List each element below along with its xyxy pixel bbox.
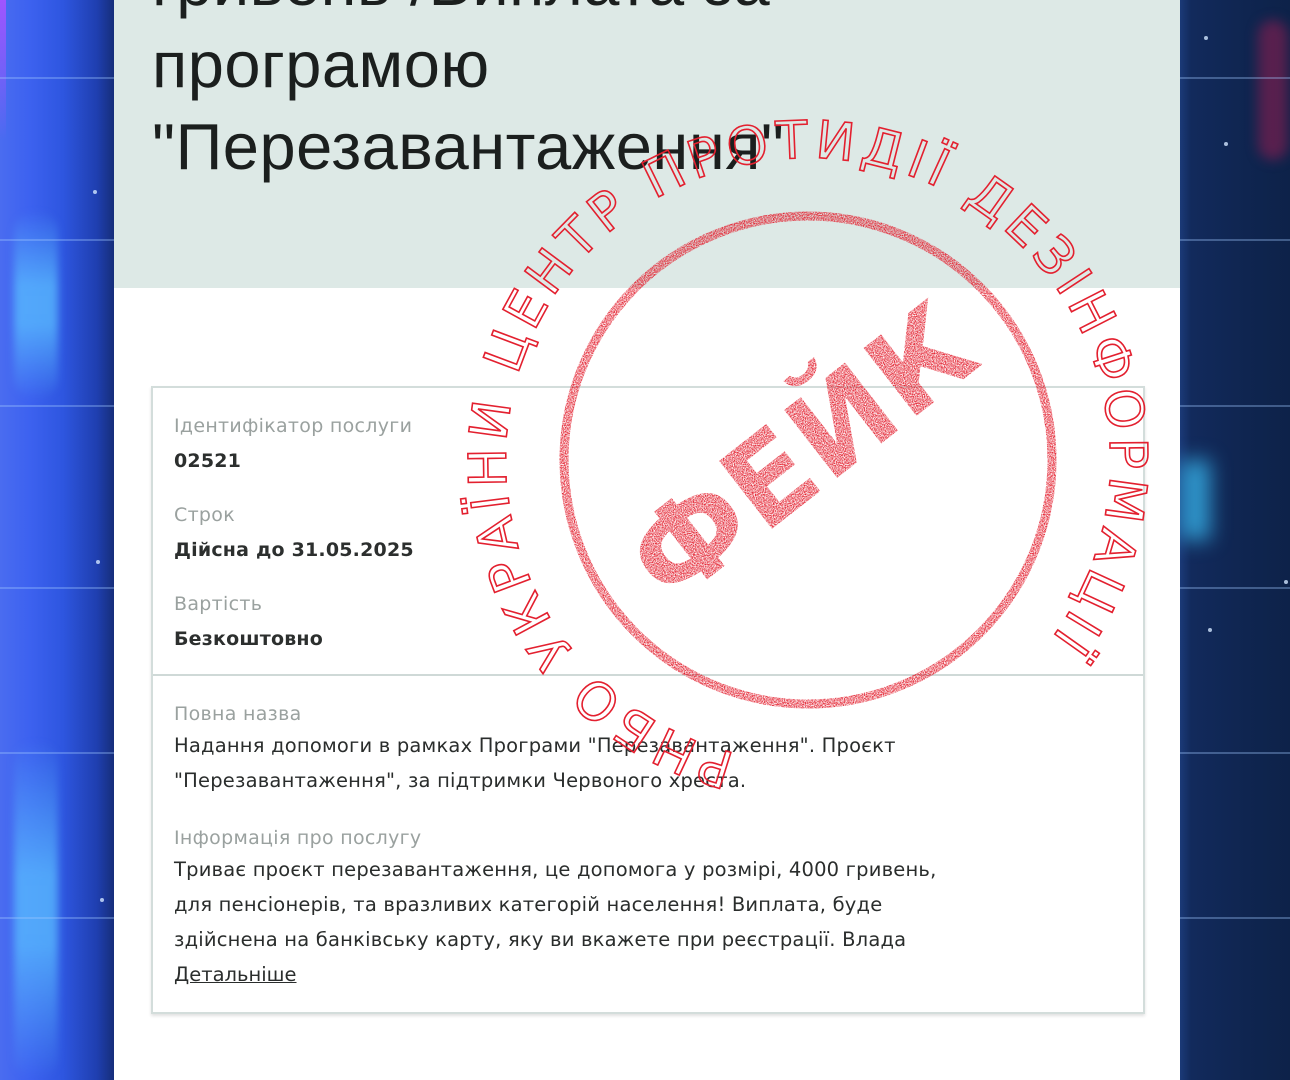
background-line: [1180, 917, 1290, 919]
service-info-box: Ідентифікатор послуги 02521 Строк Дійсна…: [151, 386, 1145, 1014]
page-title: гривень /Виплата за програмою "Перезаван…: [152, 0, 1052, 188]
service-description-line: Триває проєкт перезавантаження, це допом…: [174, 852, 1134, 887]
service-card: гривень /Виплата за програмою "Перезаван…: [114, 0, 1180, 1080]
background-dot: [1284, 580, 1288, 584]
title-line: програмою: [152, 28, 490, 101]
background-line: [1180, 587, 1290, 589]
background-line: [1180, 752, 1290, 754]
service-id-field: Ідентифікатор послуги 02521: [174, 414, 412, 474]
background-glow: [14, 740, 58, 1080]
background-accent: [0, 0, 6, 140]
background-line: [1180, 405, 1290, 407]
full-name-label: Повна назва: [174, 702, 1134, 726]
background-line: [1180, 77, 1290, 79]
service-description-line: для пенсіонерів, та вразливих категорій …: [174, 887, 1134, 922]
title-line: гривень /Виплата за: [152, 0, 770, 19]
background-line: [0, 239, 114, 241]
background-right: [1180, 0, 1290, 1080]
cost-field: Вартість Безкоштовно: [174, 592, 323, 652]
background-dot: [1208, 628, 1212, 632]
cost-label: Вартість: [174, 592, 323, 616]
cost-value: Безкоштовно: [174, 626, 323, 652]
background-dot: [1224, 142, 1228, 146]
background-line: [0, 405, 114, 407]
service-description-label: Інформація про послугу: [174, 826, 1134, 850]
full-name-line: "Перезавантаження", за підтримки Червоно…: [174, 763, 1134, 798]
background-line: [1180, 239, 1290, 241]
background-dot: [93, 190, 97, 194]
background-glow: [1258, 20, 1288, 160]
background-line: [0, 587, 114, 589]
section-divider: [153, 674, 1143, 676]
background-dot: [1204, 36, 1208, 40]
full-name-line: Надання допомоги в рамках Програми "Пере…: [174, 728, 1134, 763]
service-description-line: здійснена на банківську карту, яку ви вк…: [174, 922, 1134, 957]
card-header: гривень /Виплата за програмою "Перезаван…: [114, 0, 1180, 288]
background-line: [0, 917, 114, 919]
details-link[interactable]: Детальніше: [174, 957, 1134, 992]
background-dot: [96, 560, 100, 564]
full-name-field: Повна назва Надання допомоги в рамках Пр…: [174, 702, 1134, 798]
service-id-label: Ідентифікатор послуги: [174, 414, 412, 438]
background-dot: [100, 898, 104, 902]
background-line: [0, 77, 114, 79]
term-label: Строк: [174, 503, 414, 527]
background-left: [0, 0, 114, 1080]
service-description-field: Інформація про послугу Триває проєкт пер…: [174, 826, 1134, 992]
term-field: Строк Дійсна до 31.05.2025: [174, 503, 414, 563]
term-value: Дійсна до 31.05.2025: [174, 537, 414, 563]
background-line: [0, 752, 114, 754]
background-glow: [1180, 460, 1210, 540]
title-line: "Перезавантаження": [152, 110, 785, 183]
service-id-value: 02521: [174, 448, 412, 474]
